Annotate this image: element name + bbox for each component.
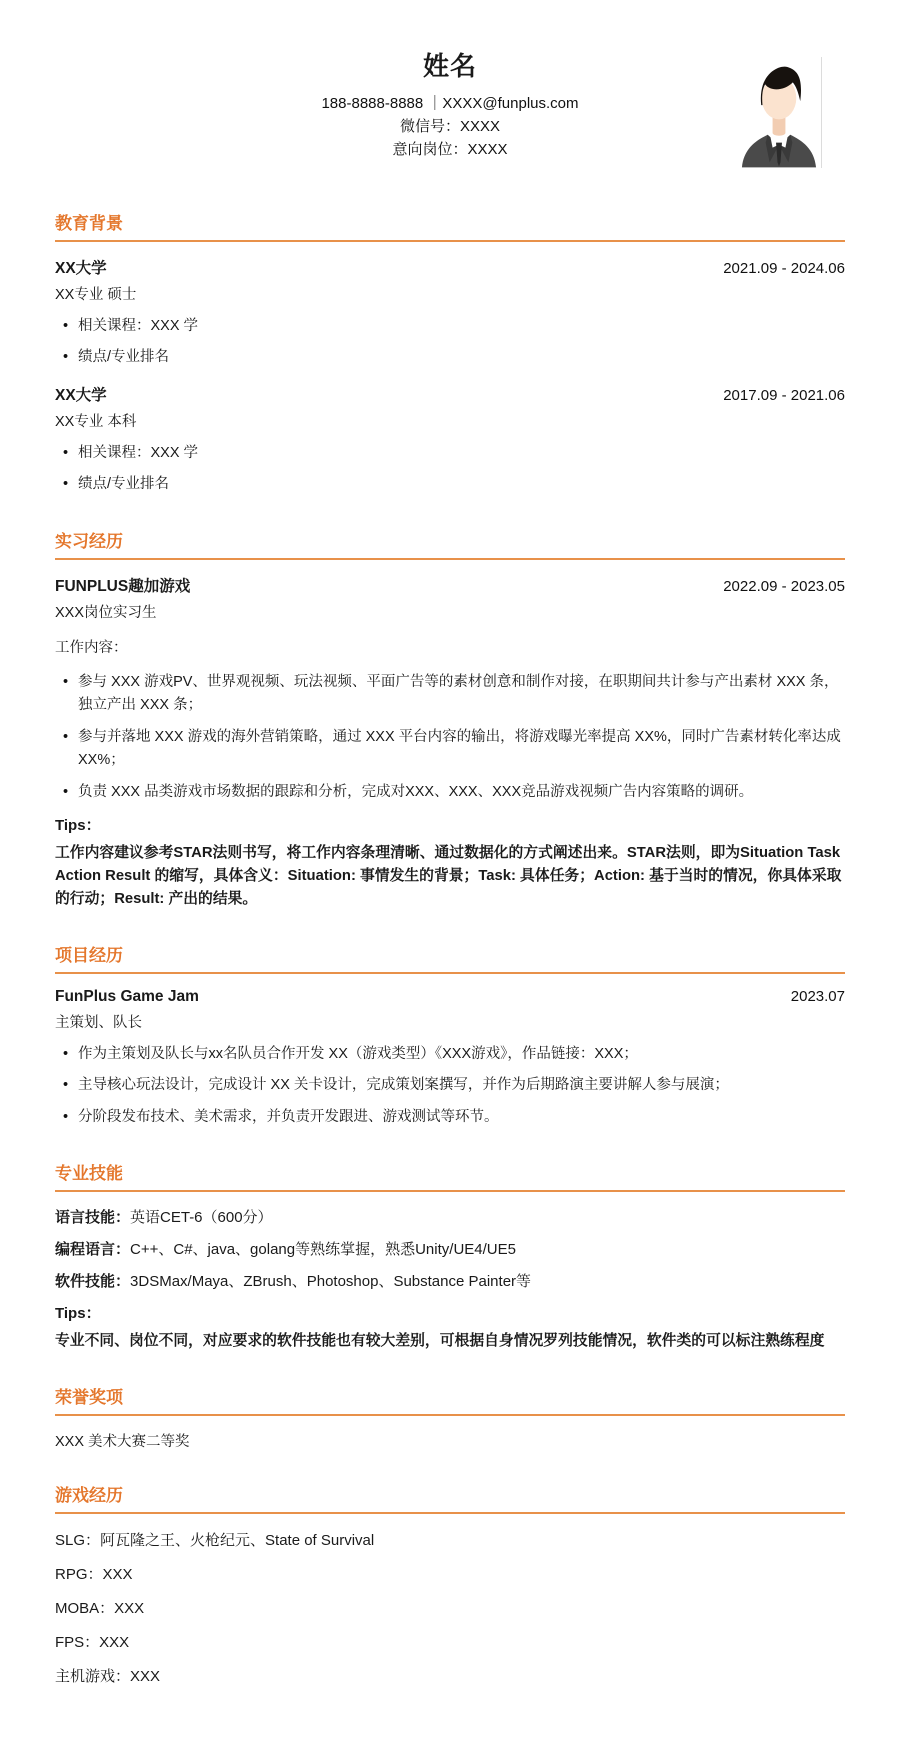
section-education: 教育背景 XX大学 2021.09 - 2024.06 XX专业 硕士 相关课程… bbox=[55, 209, 845, 497]
list-item: 相关课程：XXX 学 bbox=[55, 315, 845, 338]
education-entry-2-bullets: 相关课程：XXX 学 绩点/专业排名 bbox=[55, 442, 845, 497]
person-illustration-icon bbox=[737, 57, 821, 168]
internship-entry-head: FUNPLUS趣加游戏 2022.09 - 2023.05 bbox=[55, 574, 845, 596]
section-title-games: 游戏经历 bbox=[55, 1481, 845, 1514]
section-projects: 项目经历 FunPlus Game Jam 2023.07 主策划、队长 作为主… bbox=[55, 941, 845, 1129]
education-date: 2017.09 - 2021.06 bbox=[723, 387, 845, 404]
game-item-console: 主机游戏：XXX bbox=[55, 1665, 845, 1689]
section-skills: 专业技能 语言技能：英语CET-6（600分） 编程语言：C++、C#、java… bbox=[55, 1159, 845, 1353]
list-item: 作为主策划及队长与xx名队员合作开发 XX（游戏类型）《XXX游戏》，作品链接：… bbox=[55, 1043, 845, 1066]
internship-bullets: 参与 XXX 游戏PV、世界观视频、玩法视频、平面广告等的素材创意和制作对接，在… bbox=[55, 671, 845, 804]
school-name: XX大学 bbox=[55, 383, 107, 405]
target-position-line: 意向岗位：XXXX bbox=[55, 140, 845, 159]
skill-software: 软件技能：3DSMax/Maya、ZBrush、Photoshop、Substa… bbox=[55, 1270, 845, 1291]
company-name: FUNPLUS趣加游戏 bbox=[55, 574, 190, 596]
resume-header: 姓名 188-8888-8888 ｜XXXX@funplus.com 微信号：X… bbox=[55, 46, 845, 159]
education-entry-1-bullets: 相关课程：XXX 学 绩点/专业排名 bbox=[55, 315, 845, 370]
game-item-moba: MOBA：XXX bbox=[55, 1597, 845, 1621]
project-entry-head: FunPlus Game Jam 2023.07 bbox=[55, 988, 845, 1006]
section-internship: 实习经历 FUNPLUS趣加游戏 2022.09 - 2023.05 XXX岗位… bbox=[55, 527, 845, 911]
skill-value: 英语CET-6（600分） bbox=[130, 1209, 273, 1226]
skill-value: 3DSMax/Maya、ZBrush、Photoshop、Substance P… bbox=[130, 1273, 531, 1290]
wechat-line: 微信号：XXXX bbox=[55, 117, 845, 136]
list-item: 参与 XXX 游戏PV、世界观视频、玩法视频、平面广告等的素材创意和制作对接，在… bbox=[55, 671, 845, 718]
tips-label: Tips： bbox=[55, 814, 845, 835]
section-title-honors: 荣誉奖项 bbox=[55, 1383, 845, 1416]
list-item: 负责 XXX 品类游戏市场数据的跟踪和分析，完成对XXX、XXX、XXX竞品游戏… bbox=[55, 781, 845, 804]
section-title-skills: 专业技能 bbox=[55, 1159, 845, 1192]
work-content-label: 工作内容： bbox=[55, 638, 845, 660]
skill-language: 语言技能：英语CET-6（600分） bbox=[55, 1206, 845, 1227]
tips-text: 专业不同、岗位不同，对应要求的软件技能也有较大差别，可根据自身情况罗列技能情况，… bbox=[55, 1330, 845, 1353]
game-item-fps: FPS：XXX bbox=[55, 1631, 845, 1655]
tips-label: Tips： bbox=[55, 1302, 845, 1323]
project-name: FunPlus Game Jam bbox=[55, 988, 199, 1006]
skill-label: 语言技能： bbox=[55, 1209, 130, 1226]
avatar-photo bbox=[737, 57, 822, 168]
list-item: 分阶段发布技术、美术需求，并负责开发跟进、游戏测试等环节。 bbox=[55, 1106, 845, 1129]
skill-label: 软件技能： bbox=[55, 1273, 130, 1290]
education-entry-1-head: XX大学 2021.09 - 2024.06 bbox=[55, 256, 845, 278]
degree-line: XX专业 本科 bbox=[55, 410, 845, 431]
skill-programming: 编程语言：C++、C#、java、golang等熟练掌握，熟悉Unity/UE4… bbox=[55, 1238, 845, 1259]
education-entry-2-head: XX大学 2017.09 - 2021.06 bbox=[55, 383, 845, 405]
list-item: 参与并落地 XXX 游戏的海外营销策略，通过 XXX 平台内容的输出，将游戏曝光… bbox=[55, 726, 845, 773]
resume-page: 姓名 188-8888-8888 ｜XXXX@funplus.com 微信号：X… bbox=[0, 0, 900, 1739]
project-date: 2023.07 bbox=[791, 988, 845, 1005]
list-item: 相关课程：XXX 学 bbox=[55, 442, 845, 465]
internship-role: XXX岗位实习生 bbox=[55, 601, 845, 622]
game-item-slg: SLG：阿瓦隆之王、火枪纪元、State of Survival bbox=[55, 1529, 845, 1553]
section-title-projects: 项目经历 bbox=[55, 941, 845, 974]
honor-item: XXX 美术大赛二等奖 bbox=[55, 1430, 845, 1451]
section-games: 游戏经历 SLG：阿瓦隆之王、火枪纪元、State of Survival RP… bbox=[55, 1481, 845, 1689]
project-role: 主策划、队长 bbox=[55, 1011, 845, 1032]
section-title-internship: 实习经历 bbox=[55, 527, 845, 560]
skill-value: C++、C#、java、golang等熟练掌握，熟悉Unity/UE4/UE5 bbox=[130, 1241, 516, 1258]
section-title-education: 教育背景 bbox=[55, 209, 845, 242]
list-item: 主导核心玩法设计，完成设计 XX 关卡设计，完成策划案撰写，并作为后期路演主要讲… bbox=[55, 1074, 845, 1097]
tips-text: 工作内容建议参考STAR法则书写，将工作内容条理清晰、通过数据化的方式阐述出来。… bbox=[55, 842, 845, 911]
school-name: XX大学 bbox=[55, 256, 107, 278]
project-bullets: 作为主策划及队长与xx名队员合作开发 XX（游戏类型）《XXX游戏》，作品链接：… bbox=[55, 1043, 845, 1129]
list-item: 绩点/专业排名 bbox=[55, 346, 845, 369]
game-item-rpg: RPG：XXX bbox=[55, 1563, 845, 1587]
phone-email-line: 188-8888-8888 ｜XXXX@funplus.com bbox=[55, 94, 845, 113]
internship-date: 2022.09 - 2023.05 bbox=[723, 578, 845, 595]
section-honors: 荣誉奖项 XXX 美术大赛二等奖 bbox=[55, 1383, 845, 1451]
degree-line: XX专业 硕士 bbox=[55, 283, 845, 304]
education-date: 2021.09 - 2024.06 bbox=[723, 260, 845, 277]
list-item: 绩点/专业排名 bbox=[55, 473, 845, 496]
candidate-name: 姓名 bbox=[55, 46, 845, 83]
skill-label: 编程语言： bbox=[55, 1241, 130, 1258]
